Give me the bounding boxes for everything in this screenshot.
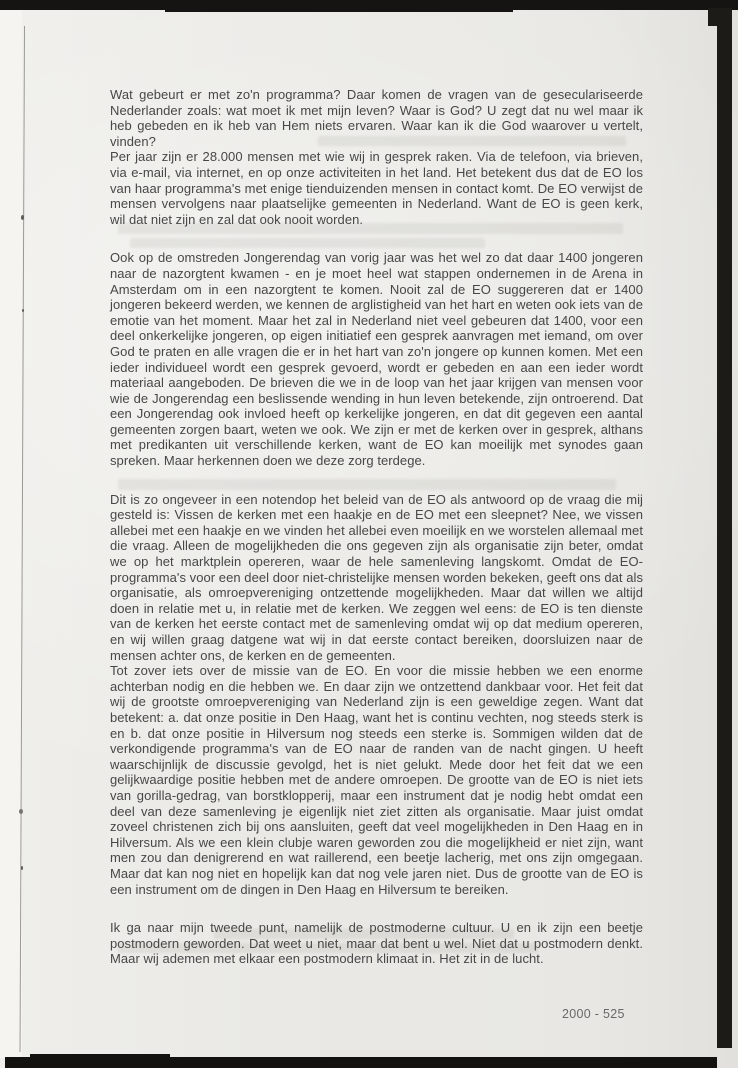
paragraph-beleid: Dit is zo ongeveer in een notendop het b… (110, 492, 643, 664)
scan-edge-top (0, 0, 738, 10)
page-left-margin (0, 8, 22, 1058)
scan-speck (21, 215, 24, 220)
scan-edge-right (717, 8, 732, 1048)
scanned-document-page: Wat gebeurt er met zo'n programma? Daar … (0, 0, 738, 1068)
paragraph-postmodern: Ik ga naar mijn tweede punt, namelijk de… (110, 920, 643, 967)
scan-speck (21, 866, 23, 870)
paragraph-contacts: Per jaar zijn er 28.000 mensen met wie w… (110, 149, 643, 227)
paragraph-intro-question: Wat gebeurt er met zo'n programma? Daar … (110, 87, 643, 149)
scan-speck (19, 809, 23, 814)
paragraph-jongerendag: Ook op de omstreden Jongerendag van vori… (110, 250, 643, 468)
paragraph-missie: Tot zover iets over de missie van de EO.… (110, 663, 643, 897)
document-text: Wat gebeurt er met zo'n programma? Daar … (110, 87, 643, 967)
page-number: 2000 - 525 (562, 1007, 625, 1021)
scan-edge-bottom (5, 1057, 717, 1068)
scan-speck (22, 309, 24, 312)
